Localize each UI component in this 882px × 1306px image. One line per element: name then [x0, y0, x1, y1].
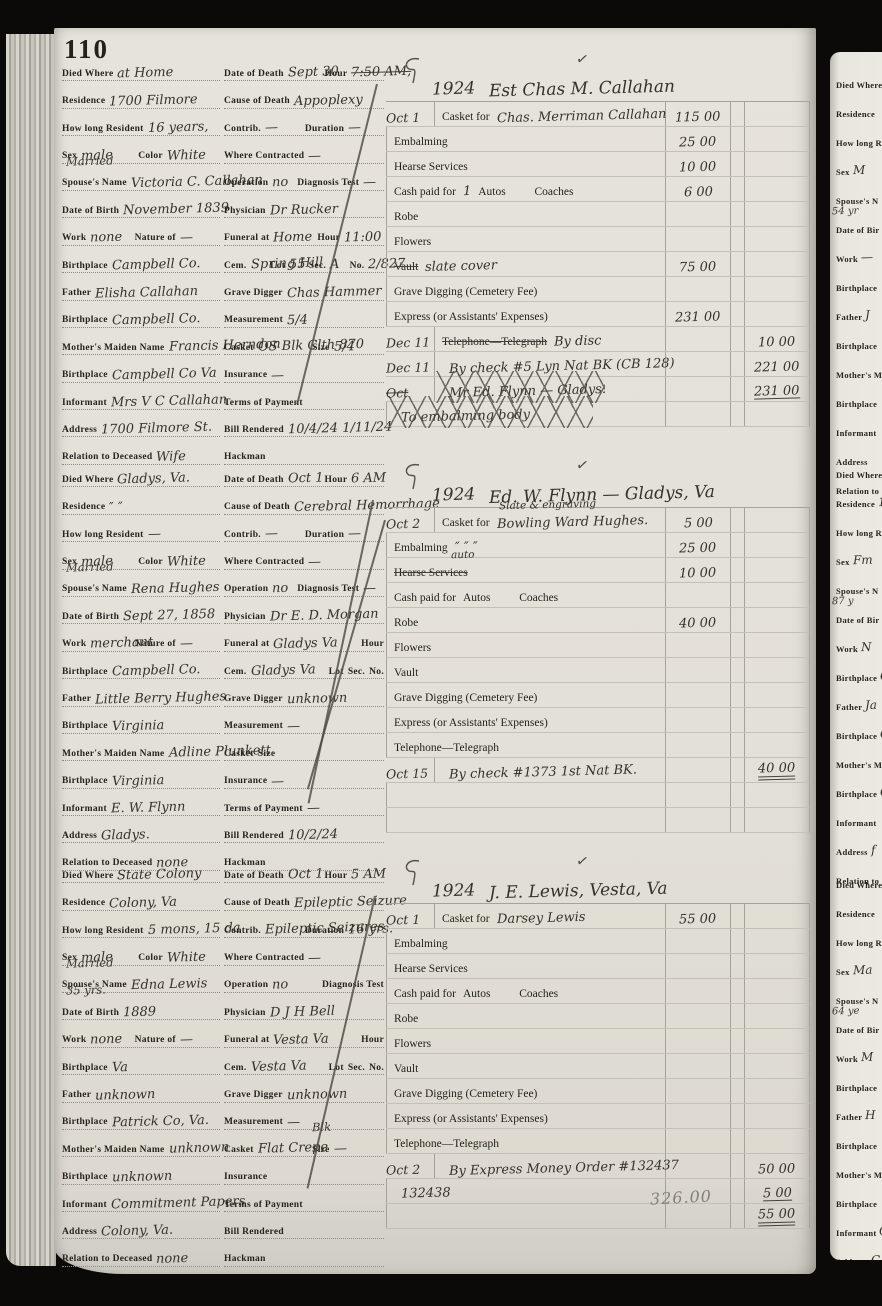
field-label: Physician	[224, 1009, 266, 1019]
field-label: Birthplace	[836, 400, 877, 409]
field-label: Birthplace	[836, 342, 877, 351]
field-label: Work	[62, 1036, 86, 1046]
field-label: Color	[138, 152, 163, 162]
ledger-spacer-column	[730, 177, 744, 201]
payment-amount-cell: 221 00	[744, 352, 809, 376]
field-label: Address	[836, 1258, 868, 1261]
entry-date: Oct 15	[386, 767, 434, 783]
charge-amount-cell: 40 00	[665, 608, 730, 632]
expense-description: Vault	[386, 658, 665, 682]
charge-amount-cell	[665, 1079, 730, 1103]
form-field-row: Mother's M	[830, 352, 882, 381]
charge-amount-cell	[665, 929, 730, 953]
field-label: Hour	[361, 1036, 384, 1046]
form-field-row: Insurance	[224, 1157, 384, 1184]
payment-amount-cell: 50 00	[744, 1154, 809, 1178]
ledger-spacer-column	[730, 252, 744, 276]
field-label: Residence	[836, 910, 875, 919]
ledger-spacer-column	[730, 352, 744, 376]
ledger-spacer-column	[730, 533, 744, 557]
field-label: Where Contracted	[224, 152, 304, 162]
charge-amount-cell	[665, 1104, 730, 1128]
field-label: Work	[836, 1055, 858, 1064]
field-value-handwritten: f	[871, 844, 876, 856]
form-field-row: Birthplace C	[830, 655, 882, 684]
ledger-spacer-column	[730, 1004, 744, 1028]
ledger-spacer-column	[730, 1079, 744, 1103]
payment-amount-cell	[744, 152, 809, 176]
payment-amount-cell	[744, 1004, 809, 1028]
field-value-handwritten: —	[271, 772, 384, 788]
expense-description: Flowers	[386, 1029, 665, 1053]
form-field-row: Terms of Payment	[224, 383, 384, 410]
field-value-handwritten: 2/827	[368, 258, 384, 271]
sliver-fields: Died Where Residence How long R Sex M	[830, 62, 882, 497]
field-value-handwritten: Gladys, Va.	[117, 471, 220, 487]
form-field-row: Died Where g	[830, 452, 882, 481]
form-field-row: Birthplace	[830, 1181, 882, 1210]
ledger-spacer-column	[730, 1154, 744, 1178]
field-value-handwritten: 6 AM	[351, 472, 384, 486]
form-field-row: Physician Dr Rucker	[224, 191, 384, 218]
field-label: Residence	[62, 97, 105, 107]
form-field-row: Birthplace	[830, 381, 882, 410]
field-value-handwritten: Epileptic Seizures	[265, 923, 301, 937]
expense-handwritten: 1	[463, 185, 472, 198]
field-label: Mother's Maiden Name	[62, 1146, 165, 1156]
field-note-above: Married	[66, 561, 114, 574]
expense-label: Embalming	[394, 939, 448, 951]
field-value-handwritten: 5 mons, 15 da	[147, 922, 220, 937]
field-label: Informant	[836, 1229, 876, 1238]
payment-amount-cell	[744, 1104, 809, 1128]
ledger-spacer-column	[730, 979, 744, 1003]
field-value-handwritten: Home	[273, 230, 313, 244]
field-value-handwritten: no	[272, 176, 293, 190]
expense-description: Cash paid for Autos Coaches	[386, 979, 665, 1003]
field-label: Cause of Death	[224, 97, 290, 107]
expense-row: Cash paid for Autos Coaches	[386, 979, 810, 1004]
form-field-row: Contrib. Epileptic Seizures Duration 16 …	[224, 911, 384, 938]
field-value-handwritten: E. W. Flynn	[111, 800, 220, 816]
form-field-row: Birthplace	[830, 1123, 882, 1152]
field-label: Residence	[62, 503, 105, 513]
field-value-handwritten: Dr Rucker	[270, 202, 385, 218]
field-label: Date of Bir	[836, 616, 879, 625]
payment-amount-cell	[744, 708, 809, 732]
field-value-handwritten: no	[272, 977, 318, 991]
expense-label: Hearse Services	[394, 162, 468, 174]
expense-label: Grave Digging (Cemetery Fee)	[394, 1089, 537, 1101]
expense-label: Robe	[394, 618, 418, 630]
form-field-row: Birthplace	[830, 323, 882, 352]
payment-amount-cell	[744, 558, 809, 582]
expense-label: Cash paid for	[394, 989, 456, 1001]
field-note-above: 87 y	[832, 597, 854, 608]
field-label: How long Resident	[62, 125, 144, 135]
field-label: Hour	[325, 872, 348, 882]
expense-row: Robe	[386, 202, 810, 227]
field-label: Birthplace	[62, 371, 108, 381]
field-value-handwritten: Mrs V C Callahan	[111, 394, 220, 410]
field-value-handwritten: Francis Herndon	[168, 340, 220, 354]
field-label: Measurement	[224, 1118, 283, 1128]
personal-fields: Died Where at Home Residence 1700 Filmor…	[62, 54, 220, 465]
field-value-handwritten: 10/2/24	[288, 827, 384, 843]
expense-row: Vault	[386, 658, 810, 683]
expense-description: Express (or Assistants' Expenses)	[386, 302, 665, 326]
form-field-row: Cem. Vesta Va Lot Sec. No.	[224, 1048, 384, 1075]
payment-amount-cell	[744, 102, 809, 126]
form-field-row: Residence Colony, Va	[62, 883, 220, 910]
field-value-handwritten: 5/4	[334, 340, 385, 354]
form-field-row: Birthplace unknown	[62, 1157, 220, 1184]
expense-description: Robe	[386, 1004, 665, 1028]
field-label: Diagnosis Test	[297, 585, 359, 595]
ledger-spacer-column	[730, 583, 744, 607]
field-label: Size	[258, 750, 276, 760]
field-label: Physician	[224, 613, 266, 623]
expense-handwritten: By check #1373 1st Nat BK.	[449, 764, 637, 782]
form-field-row: Informant Mrs V C Callahan	[62, 383, 220, 410]
field-value-handwritten: Gladys Va	[273, 636, 357, 651]
field-note-above: Married	[66, 155, 114, 168]
field-value-handwritten: —	[861, 251, 873, 263]
expense-label: Embalming	[394, 543, 448, 555]
ledger-spacer-column	[730, 558, 744, 582]
field-label: Died Where	[836, 471, 882, 480]
field-label: Duration	[305, 531, 344, 541]
form-field-row: Residence	[830, 891, 882, 920]
field-label: Birthplace	[62, 668, 108, 678]
field-label: Color	[138, 558, 163, 568]
field-value-handwritten: Rena Hughes	[131, 581, 220, 596]
form-field-row: Relation to Deceased none	[62, 1239, 220, 1266]
field-value-handwritten: Commitment Papers	[111, 1196, 220, 1212]
expense-row: To embalming body	[386, 402, 810, 427]
expense-description: Casket for Bowling Ward Hughes. Slate & …	[434, 508, 665, 532]
expense-description: Telephone—Telegraph	[386, 1129, 665, 1153]
expense-description: Vault slate cover	[386, 252, 665, 276]
expense-description: Hearse Services	[386, 954, 665, 978]
field-value-handwritten: —	[287, 1114, 384, 1130]
ledger-spacer-column	[730, 152, 744, 176]
charge-amount: 25 00	[679, 136, 717, 150]
form-field-row: Grave Digger Chas Hammer	[224, 273, 384, 300]
field-label: Grave Digger	[224, 695, 283, 705]
field-label: Cause of Death	[224, 899, 290, 909]
field-label: Spouse's N	[836, 197, 878, 206]
field-label: Operation	[224, 179, 268, 189]
form-field-row: Father H	[830, 1094, 882, 1123]
check-mark-icon: ✓	[574, 851, 590, 872]
account-year: 1924	[432, 882, 476, 900]
field-label: Mother's M	[836, 761, 882, 770]
form-field-row: Spouse's Name Victoria C. Callahan Marri…	[62, 164, 220, 191]
form-field-row: Date of Death Sept 30 Hour 7:50 AM,	[224, 54, 384, 81]
payment-amount: 55 00	[758, 1208, 796, 1227]
field-note-above: Married	[66, 957, 114, 970]
field-value-handwritten: unknown	[112, 1168, 221, 1184]
payment-amount-cell: 55 00	[744, 1204, 809, 1228]
charge-amount-cell: 231 00	[665, 302, 730, 326]
account-holder-name: Est Chas M. Callahan	[489, 79, 675, 101]
record-callahan: Died Where at Home Residence 1700 Filmor…	[54, 54, 816, 446]
field-label: Cem.	[224, 262, 247, 272]
expense-row: Cash paid for 1 Autos Coaches 6 00	[386, 177, 810, 202]
field-label: Cem.	[224, 1064, 247, 1074]
ledger-spacer-column	[730, 127, 744, 151]
account-heading: 1924 Est Chas M. Callahan ✓	[386, 54, 810, 102]
field-value-handwritten: —	[147, 526, 220, 541]
form-field-row: Casket OS Blk Clth 870 Size 5/4	[224, 328, 384, 355]
payment-amount: 231 00	[754, 384, 800, 399]
entry-date: Oct 1	[386, 111, 434, 127]
field-note-above: 35 yrs.	[66, 984, 106, 997]
charge-amount-cell	[665, 402, 730, 426]
payment-amount-cell	[744, 608, 809, 632]
field-value-handwritten: Little Berry Hughes	[95, 690, 220, 706]
field-value-handwritten: Campbell Co.	[112, 663, 221, 679]
payment-amount-cell	[744, 252, 809, 276]
ledger-spacer-column	[730, 102, 744, 126]
expense-description: Robe	[386, 202, 665, 226]
field-value-handwritten: 1700 Filmore	[109, 92, 220, 108]
expense-handwritten: By Express Money Order #132437	[449, 1159, 679, 1178]
expense-description: Robe	[386, 608, 665, 632]
field-label: Sex	[836, 168, 850, 177]
form-field-row: Terms of Payment —	[224, 789, 384, 816]
field-label: Date of Birth	[62, 207, 119, 217]
field-value-handwritten: unknown	[287, 1086, 385, 1102]
form-field-row: Spouse's N	[830, 568, 882, 597]
field-value-handwritten: 5 AM	[351, 868, 384, 882]
form-field-row: Birthplace Va	[62, 1048, 220, 1075]
form-field-row: Birthplace C	[830, 771, 882, 800]
expense-row: Oct 1 Casket for Chas. Merriman Callahan…	[386, 102, 810, 127]
form-field-row: How long R	[830, 510, 882, 539]
expense-label: Flowers	[394, 237, 431, 249]
form-field-row: Birthplace Campbell Co.	[62, 652, 220, 679]
field-value-handwritten: 1889	[123, 1004, 220, 1020]
field-label: Sec.	[348, 668, 365, 678]
field-label: Father	[62, 695, 91, 705]
form-field-row: Date of Birth November 1839	[62, 191, 220, 218]
field-value-handwritten: —	[334, 1142, 385, 1156]
form-field-row: Sex Ma	[830, 949, 882, 978]
form-field-row: Birthplace	[830, 265, 882, 294]
ledger-spacer-column	[730, 327, 744, 351]
field-value-handwritten: 1700 Filmore St.	[101, 421, 220, 437]
expense-account: 1924 Ed. W. Flynn — Gladys, Va ✓ Oct 2 C…	[386, 460, 810, 833]
field-label: Sex	[836, 968, 850, 977]
expense-row: 55 00	[386, 1204, 810, 1229]
charge-amount: 231 00	[675, 310, 721, 324]
charge-amount-cell	[665, 1029, 730, 1053]
charge-amount: 40 00	[679, 617, 717, 631]
field-label: Birthplace	[62, 262, 108, 272]
form-field-row: Insurance —	[224, 761, 384, 788]
field-value-handwritten: Campbell Co Va	[112, 366, 221, 382]
expense-row: Flowers	[386, 1029, 810, 1054]
form-field-row: Physician D J H Bell	[224, 993, 384, 1020]
charge-amount-cell: 6 00	[665, 177, 730, 201]
field-value-handwritten: none	[90, 230, 130, 244]
field-label: Contrib.	[224, 125, 261, 135]
form-field-row: Operation no Diagnosis Test	[224, 966, 384, 993]
field-value-handwritten: N	[861, 641, 872, 653]
expense-row: Robe 40 00	[386, 608, 810, 633]
ledger-scan: { "page": {"number": "110", "pencil_tota…	[0, 0, 882, 1306]
form-field-row: Funeral at Vesta Va Hour	[224, 1020, 384, 1047]
medical-fields: Date of Death Sept 30 Hour 7:50 AM, Caus…	[224, 54, 384, 465]
field-label: Funeral at	[224, 234, 269, 244]
ledger-spacer-column	[730, 904, 744, 928]
charge-amount-cell: 5 00	[665, 508, 730, 532]
ledger-spacer-column	[730, 1054, 744, 1078]
charge-amount-cell: 25 00	[665, 533, 730, 557]
field-label: Where Contracted	[224, 558, 304, 568]
field-label: Address	[62, 832, 97, 842]
form-field-row: Birthplace Campbell Co Va	[62, 355, 220, 382]
form-field-row: Date of Bir 64 ye	[830, 1007, 882, 1036]
form-field-row: Bill Rendered 10/4/24 1/11/24	[224, 410, 384, 437]
form-field-row: Birthplace Patrick Co, Va.	[62, 1103, 220, 1130]
field-value-handwritten: 16 years,	[147, 120, 220, 135]
field-label: How long Resident	[62, 531, 144, 541]
expense-printed-options: Autos Coaches	[463, 989, 558, 1001]
form-field-row: Died Where	[830, 62, 882, 91]
expense-row: Express (or Assistants' Expenses) 231 00	[386, 302, 810, 327]
field-label: Insurance	[224, 1173, 267, 1183]
field-label: Birthplace	[62, 777, 108, 787]
form-field-row: Date of Death Oct 1 Hour 5 AM	[224, 856, 384, 883]
personal-fields: Died Where Gladys, Va. Residence ″ ″ How	[62, 460, 220, 871]
ledger-spacer-column	[730, 402, 744, 426]
payment-amount-cell	[744, 508, 809, 532]
charge-amount-cell	[665, 583, 730, 607]
form-field-row: Cem. Gladys Va Lot Sec. No.	[224, 652, 384, 679]
charge-amount-cell	[665, 1004, 730, 1028]
expense-label: Hearse Services	[394, 964, 468, 976]
payment-amount-cell	[744, 633, 809, 657]
ledger-spacer-column	[730, 1204, 744, 1228]
expense-row: Hearse Services 10 00	[386, 152, 810, 177]
expense-row: Grave Digging (Cemetery Fee)	[386, 277, 810, 302]
expense-description	[386, 783, 665, 807]
charge-amount: 75 00	[679, 261, 717, 275]
account-year: 1924	[432, 80, 476, 98]
payment-amount: 50 00	[758, 1163, 796, 1177]
payment-amount-cell	[744, 1054, 809, 1078]
form-field-row: Birthplace Virginia	[62, 761, 220, 788]
payment-amount-cell	[744, 302, 809, 326]
expense-handwritten: 132438	[401, 1186, 451, 1200]
ledger-spacer-column	[730, 608, 744, 632]
field-label: Father	[62, 289, 91, 299]
expense-label: Vault	[394, 668, 418, 680]
field-value-handwritten: Gladys.	[101, 827, 220, 843]
form-field-row: Cem. Spring Hill Lot 55 Sec. A No. 2/827	[224, 246, 384, 273]
expense-label: Telephone—Telegraph	[394, 1139, 499, 1151]
expense-label: Robe	[394, 1014, 418, 1026]
personal-fields: Died Where State Colony Residence Colony…	[62, 856, 220, 1267]
field-label: Mother's M	[836, 371, 882, 380]
field-label: Bill Rendered	[224, 426, 284, 436]
charge-amount-cell	[665, 1204, 730, 1228]
expense-description: Cash paid for Autos Coaches	[386, 583, 665, 607]
expense-handwritten: slate cover	[425, 259, 497, 274]
payment-amount-cell	[744, 1079, 809, 1103]
payment-amount-cell: 10 00	[744, 327, 809, 351]
expense-label: Flowers	[394, 1039, 431, 1051]
expense-row: Hearse Services	[386, 954, 810, 979]
expense-label: Telephone—Telegraph	[394, 743, 499, 755]
expense-handwritten: To embalming body	[401, 408, 530, 424]
payment-amount: 5 00	[762, 1187, 791, 1202]
expense-note-above: Slate & engraving	[499, 499, 596, 512]
field-value-handwritten: OS Blk Clth 870	[258, 340, 309, 354]
expense-row: Vault	[386, 1054, 810, 1079]
expense-description: Telephone—Telegraph By disc	[434, 327, 665, 351]
charge-amount: 6 00	[683, 186, 712, 200]
field-value-handwritten: no	[272, 582, 293, 596]
form-field-row: Casket Flat Crepe Size — Blk	[224, 1130, 384, 1157]
field-label: Birthplace	[836, 1084, 877, 1093]
payment-amount: 221 00	[754, 360, 800, 374]
expense-label: Express (or Assistants' Expenses)	[394, 1114, 548, 1126]
check-mark-icon: ✓	[574, 455, 590, 476]
form-field-row: How long R	[830, 920, 882, 949]
payment-amount: 10 00	[758, 336, 796, 350]
ledger-spacer-column	[730, 227, 744, 251]
expense-description: Grave Digging (Cemetery Fee)	[386, 683, 665, 707]
expense-handwritten: Bowling Ward Hughes.	[496, 514, 647, 531]
form-field-row: Date of Death Oct 1 Hour 6 AM	[224, 460, 384, 487]
form-field-row: Residence	[830, 91, 882, 120]
expense-description: Flowers	[386, 227, 665, 251]
expense-label: Embalming	[394, 137, 448, 149]
charge-amount-cell	[665, 633, 730, 657]
expense-description: Casket for Darsey Lewis	[434, 904, 665, 928]
expense-note-above: auto	[451, 550, 475, 561]
expense-description: By check #1373 1st Nat BK.	[434, 758, 665, 782]
field-value-handwritten: 1	[878, 496, 882, 508]
charge-amount-cell	[665, 683, 730, 707]
form-field-row: How long Resident 16 years,	[62, 109, 220, 136]
ledger-spacer-column	[730, 683, 744, 707]
field-value-handwritten: J	[865, 309, 870, 321]
expense-label: Cash paid for	[394, 187, 456, 199]
expense-handwritten: By disc	[554, 334, 602, 348]
field-label: Casket	[224, 1146, 254, 1156]
payment-amount-cell: 231 00	[744, 377, 809, 401]
form-field-row: Father unknown	[62, 1075, 220, 1102]
ledger-spacer-column	[730, 658, 744, 682]
field-label: Casket	[224, 344, 254, 354]
next-page-sliver: Died Where Residence How long R Sex M	[830, 52, 882, 1260]
entry-date: Oct 2	[386, 1163, 434, 1179]
form-field-row: Cause of Death Appoplexy	[224, 81, 384, 108]
field-label: Color	[138, 954, 163, 964]
expense-description: Casket for Chas. Merriman Callahan	[434, 102, 665, 126]
form-field-row: Date of Birth Sept 27, 1858	[62, 597, 220, 624]
field-label: Nature of	[135, 1036, 176, 1046]
form-field-row: Father Ja	[830, 684, 882, 713]
field-label: Birthplace	[62, 722, 108, 732]
field-label: Birthplace	[62, 1064, 108, 1074]
field-label: Cause of Death	[224, 503, 290, 513]
